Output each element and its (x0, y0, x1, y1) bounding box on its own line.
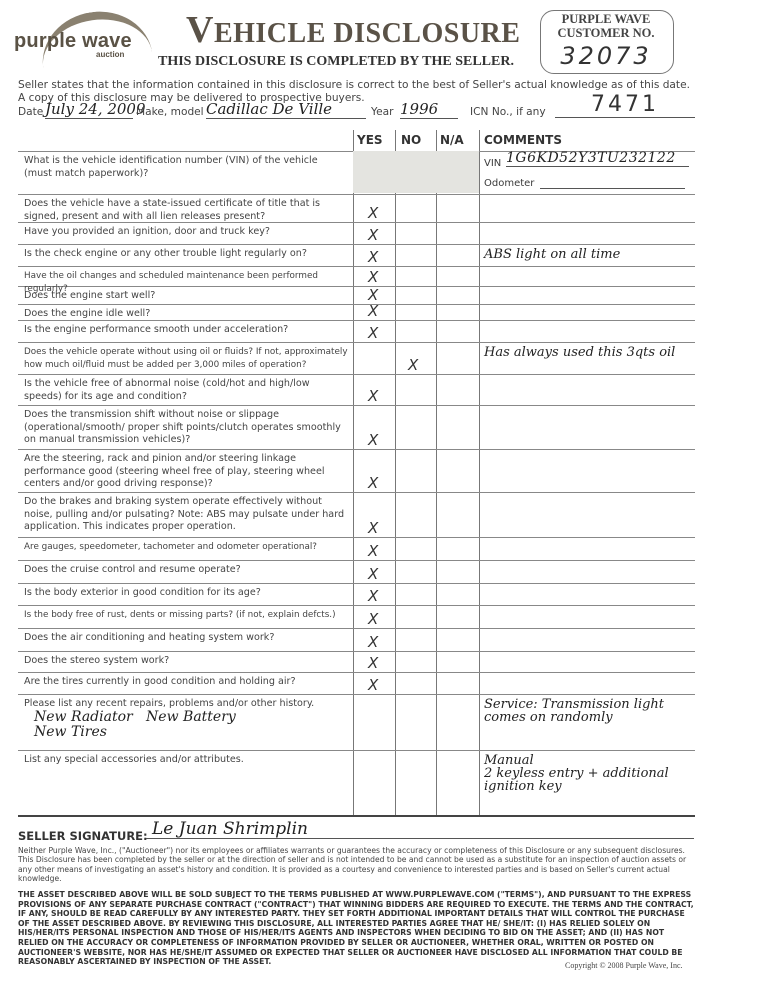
question-text: Is the body exterior in good condition f… (24, 587, 346, 600)
table-column-divider (479, 130, 480, 815)
table-column-divider (353, 130, 354, 815)
vin-field[interactable]: 1G6KD52Y3TU232122 (506, 150, 689, 167)
table-row-divider (18, 672, 695, 673)
seller-signature[interactable]: Le Juan Shrimplin (152, 819, 308, 839)
answer-mark-yes[interactable]: X (368, 226, 378, 244)
disclaimer-text: Neither Purple Wave, Inc., ("Auctioneer"… (18, 846, 696, 884)
page-title: VEHICLE DISCLOSURE (186, 8, 520, 52)
table-column-divider (395, 130, 396, 815)
question-text: Is the vehicle free of abnormal noise (c… (24, 378, 346, 403)
table-row-divider (18, 651, 695, 652)
table-row-divider (18, 628, 695, 629)
table-row-divider (18, 342, 695, 343)
table-row-divider (18, 266, 695, 267)
question-text: Is the check engine or any other trouble… (24, 248, 346, 261)
comment-text[interactable]: ABS light on all time (484, 248, 694, 261)
question-text: Are gauges, speedometer, tachometer and … (24, 541, 352, 554)
question-text: List any special accessories and/or attr… (24, 754, 346, 767)
question-text: Does the engine start well? (24, 290, 346, 303)
table-row-divider (18, 244, 695, 245)
vin-label: VIN (484, 158, 501, 169)
vin-shaded-cells (353, 151, 479, 193)
copyright: Copyright © 2008 Purple Wave, Inc. (565, 961, 683, 970)
table-row-divider (18, 537, 695, 538)
table-row-divider (18, 405, 695, 406)
question-text: Does the stereo system work? (24, 655, 346, 668)
date-label: Date (18, 106, 43, 118)
odometer-label: Odometer (484, 178, 534, 189)
answer-mark-yes[interactable]: X (368, 676, 378, 694)
answer-mark-yes[interactable]: X (368, 587, 378, 605)
legal-terms-text: THE ASSET DESCRIBED ABOVE WILL BE SOLD S… (18, 890, 696, 967)
comment-text[interactable]: Manual 2 keyless entry + additional igni… (484, 754, 694, 793)
table-row-divider (18, 304, 695, 305)
answer-mark-no[interactable]: X (408, 356, 418, 374)
answer-mark-yes[interactable]: X (368, 431, 378, 449)
table-row-divider (18, 583, 695, 584)
page-subtitle: THIS DISCLOSURE IS COMPLETED BY THE SELL… (158, 54, 514, 70)
date-field[interactable]: July 24, 2009 (45, 100, 133, 119)
answer-mark-yes[interactable]: X (368, 387, 378, 405)
question-text: Are the tires currently in good conditio… (24, 676, 346, 689)
question-text: Have you provided an ignition, door and … (24, 226, 346, 239)
answer-mark-yes[interactable]: X (368, 633, 378, 651)
answer-mark-yes[interactable]: X (368, 565, 378, 583)
customer-number-label: PURPLE WAVECUSTOMER NO. (540, 12, 672, 40)
question-text: Is the engine performance smooth under a… (24, 324, 346, 337)
comment-text[interactable]: Has always used this 3qts oil (484, 346, 694, 359)
make-model-label: Make, model (136, 106, 204, 118)
table-row-divider (18, 815, 695, 817)
question-text: Does the cruise control and resume opera… (24, 564, 346, 577)
logo-subtext: auction (96, 50, 124, 59)
answer-mark-yes[interactable]: X (368, 324, 378, 342)
odometer-field[interactable] (540, 176, 685, 189)
table-row-divider (18, 194, 695, 195)
answer-mark-yes[interactable]: X (368, 654, 378, 672)
col-na: N/A (440, 133, 464, 147)
repairs-history-text[interactable]: New Radiator New Battery New Tires (34, 710, 236, 740)
answer-mark-yes[interactable]: X (368, 204, 378, 222)
table-row-divider (18, 605, 695, 606)
make-model-field[interactable]: Cadillac De Ville (206, 100, 366, 119)
table-row-divider (18, 449, 695, 450)
table-row-divider (18, 694, 695, 695)
comment-text[interactable]: Service: Transmission light comes on ran… (484, 698, 694, 724)
question-text: Does the engine idle well? (24, 308, 346, 321)
table-row-divider (18, 374, 695, 375)
table-row-divider (18, 560, 695, 561)
col-comments: COMMENTS (484, 133, 562, 147)
year-field[interactable]: 1996 (400, 100, 458, 119)
year-label: Year (371, 106, 393, 118)
answer-mark-yes[interactable]: X (368, 474, 378, 492)
question-text: Does the transmission shift without nois… (24, 409, 346, 447)
question-text: Is the body free of rust, dents or missi… (24, 609, 352, 622)
question-text: Does the air conditioning and heating sy… (24, 632, 346, 645)
signature-line (146, 838, 694, 839)
answer-mark-yes[interactable]: X (368, 542, 378, 560)
icn-label: ICN No., if any (470, 106, 546, 118)
question-text: Do the brakes and braking system operate… (24, 496, 346, 534)
answer-mark-yes[interactable]: X (368, 519, 378, 537)
seller-signature-label: SELLER SIGNATURE: (18, 829, 148, 843)
answer-mark-yes[interactable]: X (368, 610, 378, 628)
question-text: Does the vehicle have a state-issued cer… (24, 198, 346, 223)
question-text: What is the vehicle identification numbe… (24, 155, 346, 180)
question-text: Does the vehicle operate without using o… (24, 346, 352, 371)
answer-mark-yes[interactable]: X (368, 302, 378, 320)
table-column-divider (436, 130, 437, 815)
answer-mark-yes[interactable]: X (368, 248, 378, 266)
icn-field[interactable]: 7471 (555, 92, 695, 118)
question-text: Are the steering, rack and pinion and/or… (24, 453, 346, 491)
col-yes: YES (357, 133, 383, 147)
col-no: NO (401, 133, 421, 147)
customer-number-value[interactable]: 32073 (540, 42, 672, 70)
answer-mark-yes[interactable]: X (368, 268, 378, 286)
table-row-divider (18, 492, 695, 493)
table-row-divider (18, 750, 695, 751)
